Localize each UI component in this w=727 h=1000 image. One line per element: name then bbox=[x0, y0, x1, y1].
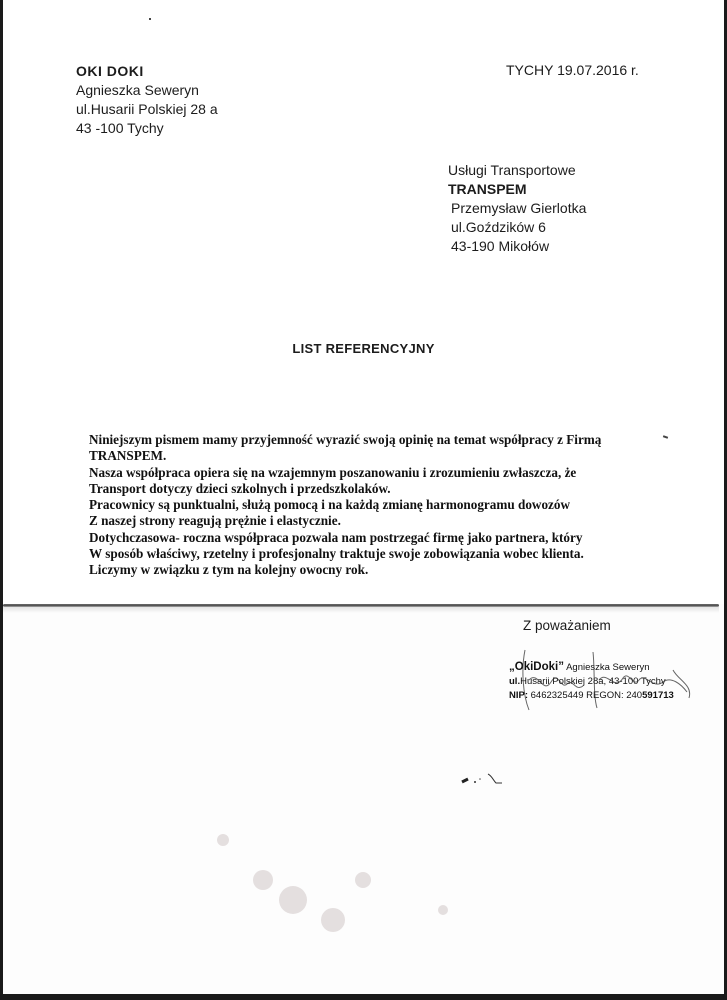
sender-address: OKI DOKI Agnieszka Seweryn ul.Husarii Po… bbox=[76, 62, 218, 138]
scan-speck bbox=[149, 18, 151, 20]
body-line: Liczymy w związku z tym na kolejny owocn… bbox=[89, 562, 689, 578]
stamp-company: „OkiDoki” bbox=[509, 661, 564, 673]
body-line: Nasza współpraca opiera się na wzajemnym… bbox=[89, 465, 689, 481]
stamp-regon-value: 591713 bbox=[642, 690, 674, 701]
recipient-address: Usługi Transportowe TRANSPEM Przemysław … bbox=[448, 161, 586, 256]
faint-bleed-through bbox=[143, 820, 543, 940]
body-line: Pracownicy są punktualni, służą pomocą i… bbox=[89, 497, 689, 513]
stamp-street: Husarii Polskiej 28a, 43-100 Tychy bbox=[520, 676, 666, 687]
recipient-street: ul.Goździków 6 bbox=[448, 218, 586, 237]
sender-company: OKI DOKI bbox=[76, 62, 218, 81]
sender-owner: Agnieszka Seweryn bbox=[76, 81, 218, 100]
scan-ink-marks bbox=[458, 770, 508, 790]
body-line: Transport dotyczy dzieci szkolnych i prz… bbox=[89, 481, 689, 497]
recipient-line1: Usługi Transportowe bbox=[448, 161, 586, 180]
letter-title: LIST REFERENCYJNY bbox=[3, 341, 724, 356]
body-line: W sposób właściwy, rzetelny i profesjona… bbox=[89, 546, 689, 562]
company-stamp: „OkiDoki” Agnieszka Seweryn ul.Husarii P… bbox=[509, 660, 674, 703]
stamp-nip-value: 6462325449 bbox=[528, 690, 586, 701]
body-line: Z naszej strony reagują prężnie i elasty… bbox=[89, 513, 689, 529]
place-date: TYCHY 19.07.2016 r. bbox=[506, 62, 639, 78]
sender-street: ul.Husarii Polskiej 28 a bbox=[76, 100, 218, 119]
body-line: Dotychczasowa- roczna współpraca pozwala… bbox=[89, 530, 689, 546]
body-line: TRANSPEM. bbox=[89, 448, 689, 464]
stamp-street-prefix: ul. bbox=[509, 676, 520, 687]
recipient-company: TRANSPEM bbox=[448, 180, 586, 199]
letter-page: OKI DOKI Agnieszka Seweryn ul.Husarii Po… bbox=[3, 0, 724, 994]
paper-fold-shadow bbox=[3, 607, 719, 613]
body-line: Niniejszym pismem mamy przyjemność wyraz… bbox=[89, 432, 689, 448]
stamp-owner: Agnieszka Seweryn bbox=[564, 662, 650, 673]
recipient-city: 43-190 Mikołów bbox=[448, 237, 586, 256]
sender-city: 43 -100 Tychy bbox=[76, 119, 218, 138]
stamp-nip-label: NIP: bbox=[509, 690, 528, 701]
stamp-regon-label: REGON: 240 bbox=[586, 690, 642, 701]
letter-body: Niniejszym pismem mamy przyjemność wyraz… bbox=[89, 432, 689, 579]
closing-greeting: Z poważaniem bbox=[523, 618, 611, 633]
recipient-person: Przemysław Gierlotka bbox=[448, 199, 586, 218]
